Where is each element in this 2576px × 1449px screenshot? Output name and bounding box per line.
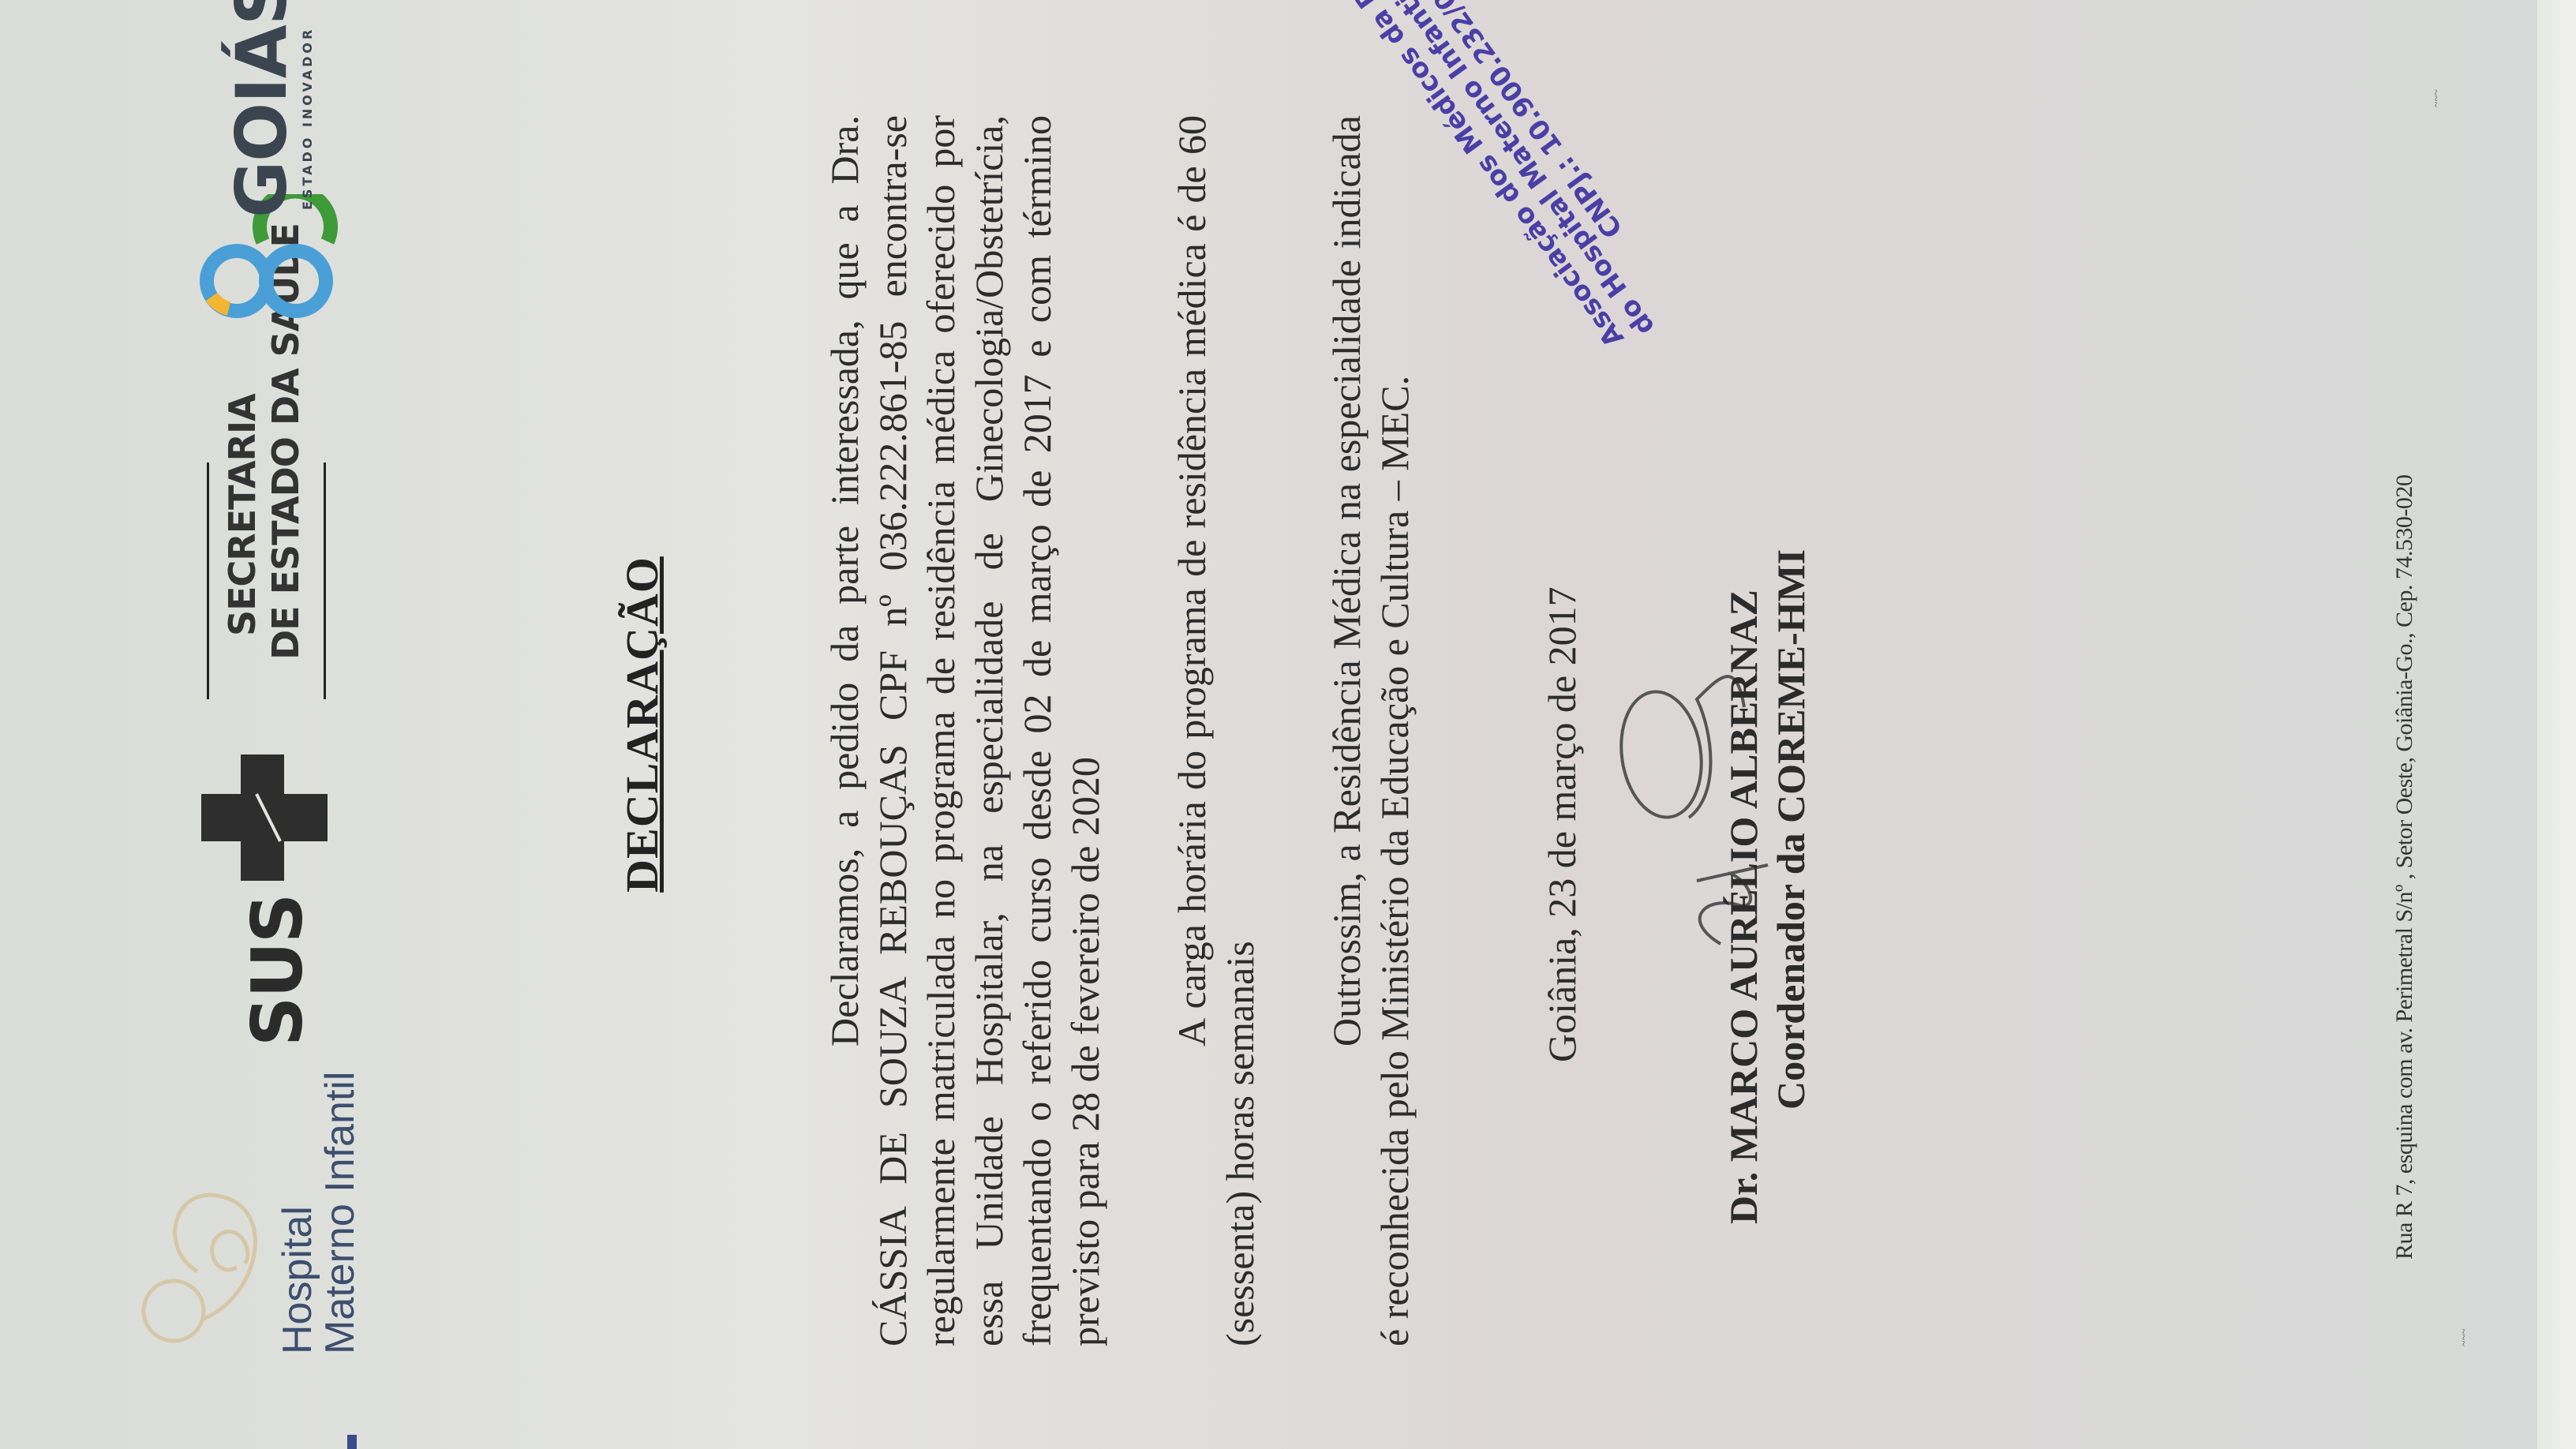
- hospital-name: Hospital Materno Infantil: [276, 1072, 361, 1354]
- document-title: DECLARAÇÃO: [616, 0, 668, 1449]
- paragraph-enrollment: Declaramos, a pedido da parte interessad…: [821, 115, 1110, 1346]
- hospital-name-line1: Hospital: [276, 1072, 319, 1354]
- signatory-role: Coordenador da COREME-HMI: [1768, 549, 1814, 1110]
- footer-mark: ~~~: [2458, 1328, 2471, 1346]
- declaration-page: Hospital Materno Infantil SUS SECRETARIA…: [0, 0, 2525, 1449]
- paragraph-workload: A carga horária do programa de residênci…: [1168, 115, 1264, 1346]
- date-line: Goiânia, 23 de março de 2017: [1539, 586, 1585, 1062]
- goias-label: GOIÁS: [221, 0, 302, 218]
- footer-address: Rua R 7, esquina com av. Perimetral S/nº…: [2391, 475, 2418, 1260]
- paragraph-recognition: Outrossim, a Residência Médica na especi…: [1323, 115, 1419, 1346]
- document-body: Declaramos, a pedido da parte interessad…: [821, 115, 1477, 1346]
- page-edge: [2537, 0, 2576, 1449]
- cross-icon: [201, 754, 328, 881]
- sus-logo-text: SUS: [237, 895, 318, 1046]
- hospital-name-line2: Materno Infantil: [319, 1072, 361, 1354]
- footer-mark: ~~~: [2431, 89, 2443, 107]
- secretaria-line1: SECRETARIA: [221, 394, 264, 636]
- goias-subtitle: ESTADO INOVADOR: [300, 27, 315, 210]
- signatory-name: Dr. MARCO AURÉLIO ALBERNAZ: [1720, 590, 1766, 1224]
